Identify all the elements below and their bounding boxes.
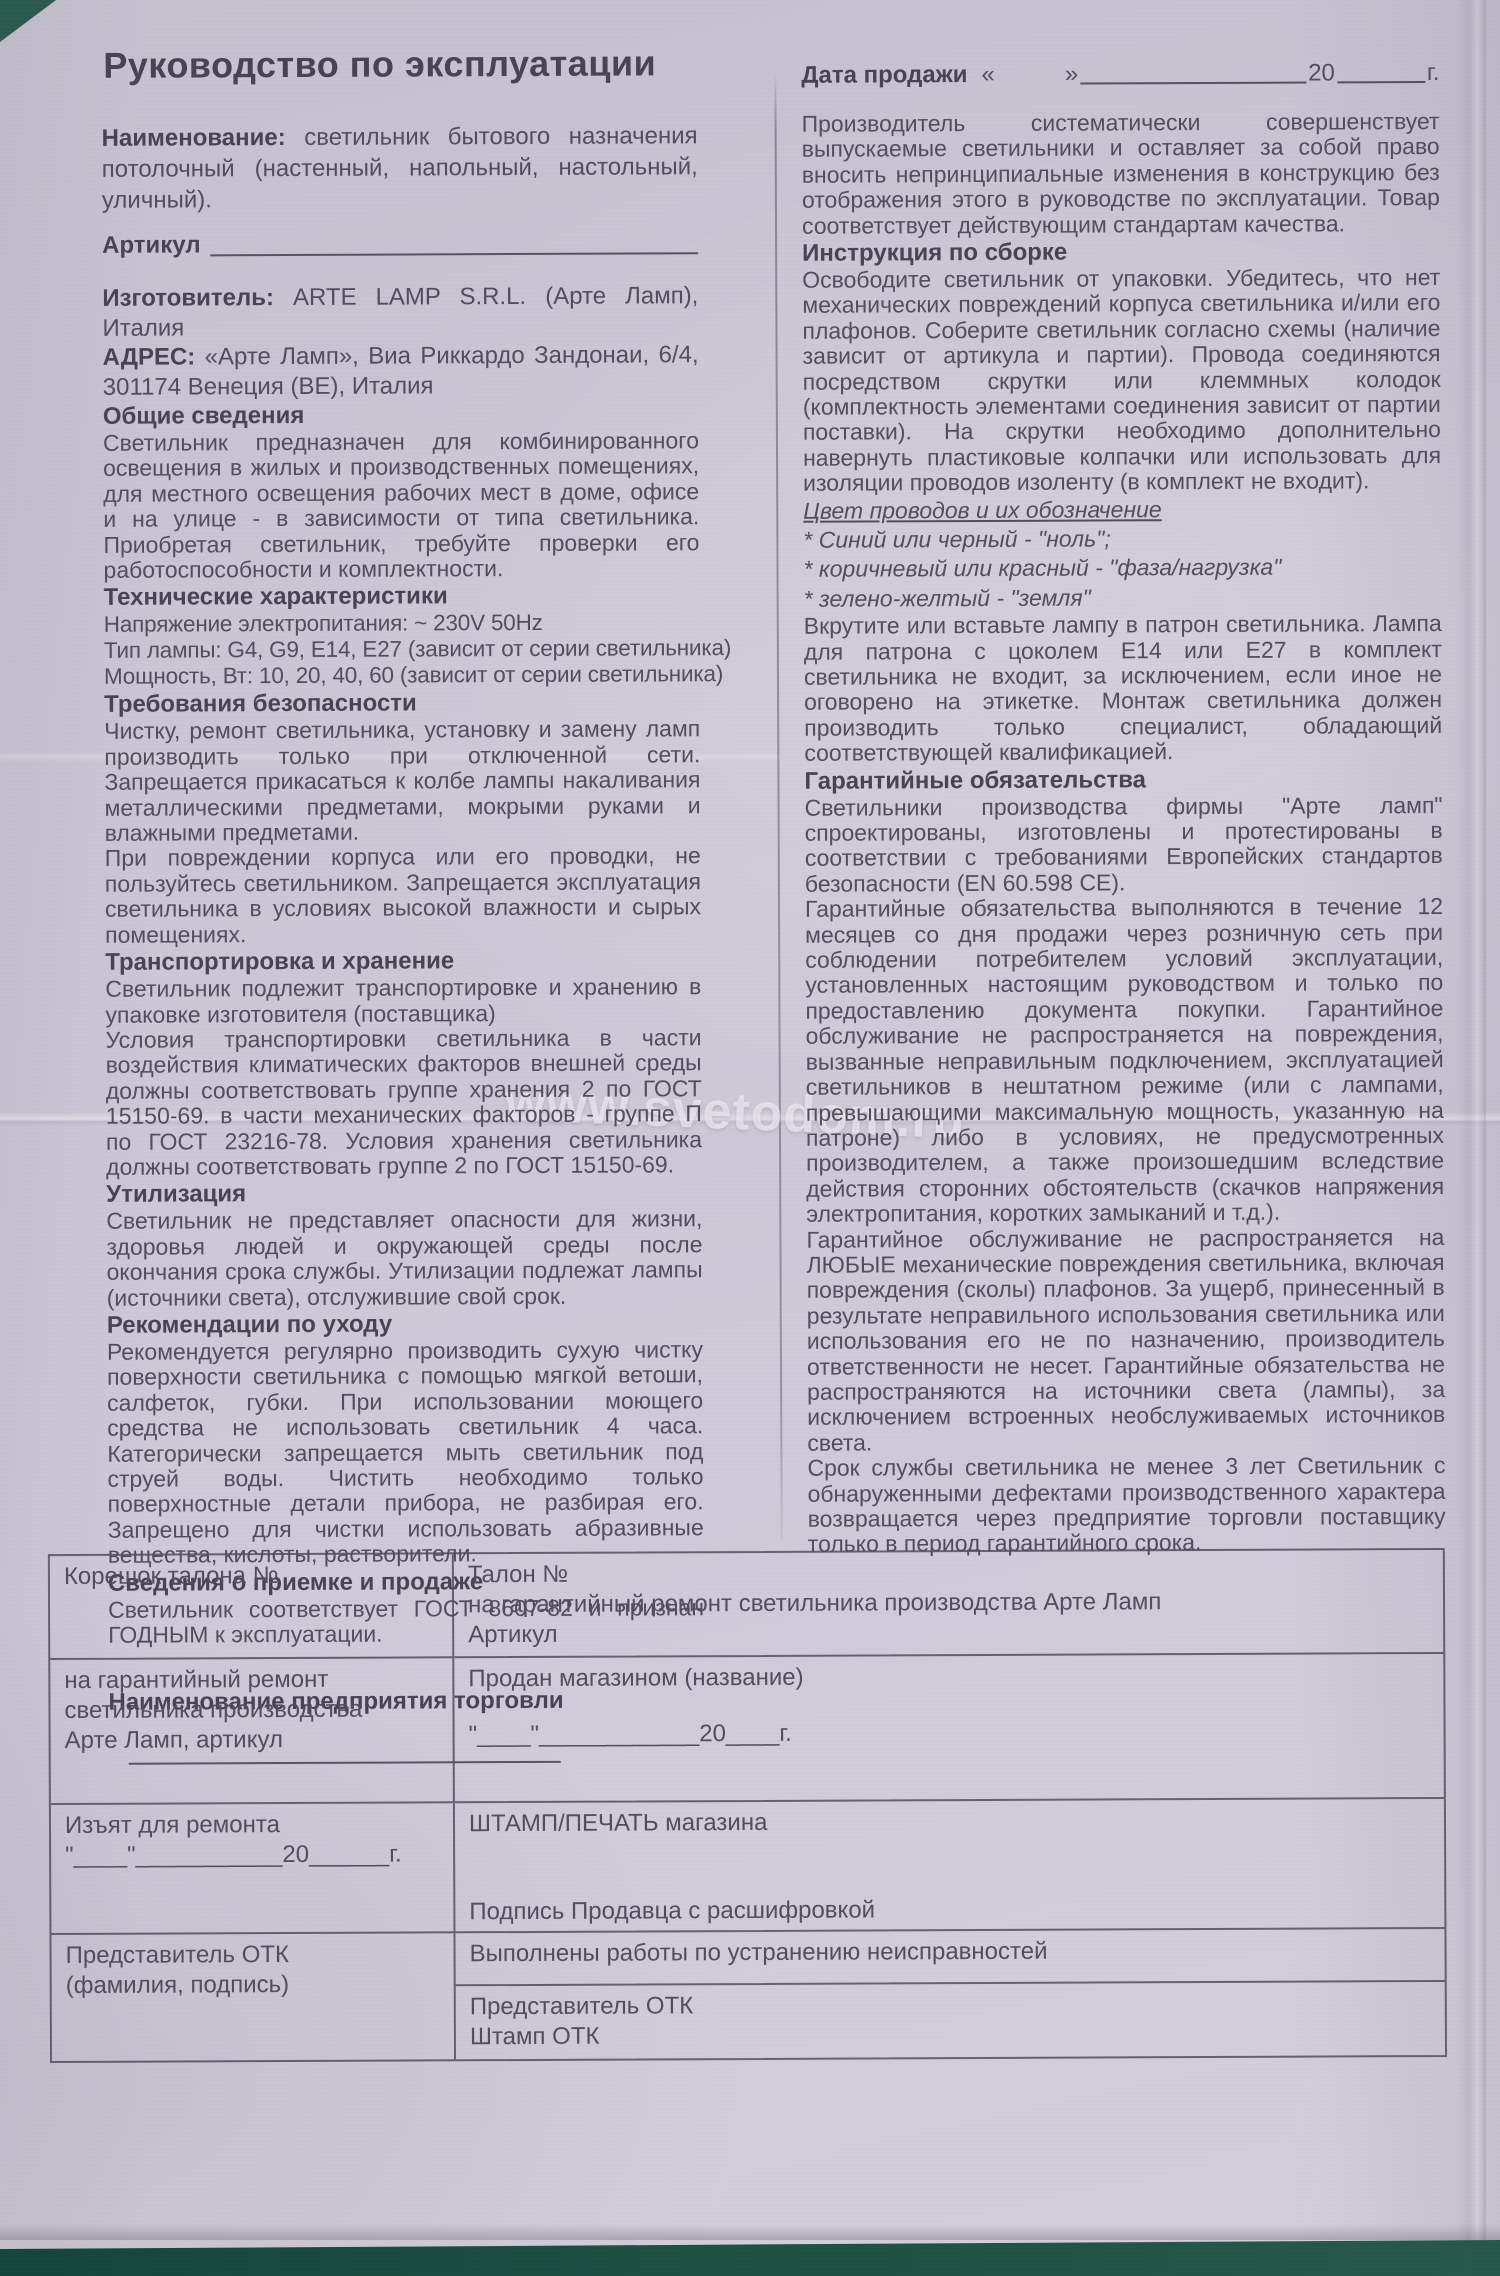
section-heading-recycling: Утилизация: [106, 1178, 702, 1210]
manual-page: www.svetodom.ru Руководство по эксплуата…: [0, 0, 1500, 2276]
paragraph: При повреждении корпуса или его проводки…: [105, 844, 701, 948]
year-suffix: г.: [1427, 59, 1440, 87]
wire-color-ground: * зелено-желтый - "земля": [804, 582, 1442, 614]
article-line: Артикул: [102, 229, 698, 260]
lamp-installation: Вкрутите или вставьте лампу в патрон све…: [804, 611, 1443, 766]
quote-open: «: [981, 61, 994, 89]
otk-rep-label: Представитель ОТК: [65, 1939, 441, 1971]
section-heading-care: Рекомендации по уходу: [107, 1308, 703, 1340]
warranty-paragraph: Гарантийное обслуживание не распространя…: [806, 1225, 1445, 1456]
coupon-talon-title-cell: Талон № на гарантийный ремонт светильник…: [454, 1550, 1445, 1658]
section-heading-warranty: Гарантийные обязательства: [804, 764, 1442, 796]
paragraph: Условия транспортировки светильника в ча…: [106, 1025, 703, 1180]
spec-voltage: Напряжение электропитания: ~ 230V 50Hz: [104, 610, 700, 639]
seller-signature-label: Подпись Продавца с расшифровкой: [469, 1893, 1432, 1927]
year-prefix: 20: [1308, 59, 1335, 87]
section-heading-safety: Требования безопасности: [104, 688, 700, 720]
address-label: АДРЕС:: [103, 343, 196, 370]
paragraph: Светильник подлежит транспортировке и хр…: [105, 974, 701, 1027]
warranty-paragraph: Гарантийные обязательства выполняются в …: [805, 894, 1444, 1227]
spec-power: Мощность, Вт: 10, 20, 40, 60 (зависит от…: [104, 662, 700, 691]
product-name-line: Наименование: светильник бытового назнач…: [102, 120, 698, 216]
sold-date-blank: "____"____________20____г.: [469, 1716, 1432, 1750]
warranty-coupon-table: Корешок талона № Талон № на гарантийный …: [48, 1548, 1447, 2063]
coupon-works-done-cell: Выполнены работы по устранению неисправн…: [455, 1929, 1446, 1986]
coupon-stamp-cell: ШТАМП/ПЕЧАТЬ магазина Подпись Продавца с…: [455, 1799, 1447, 1933]
left-column: Руководство по эксплуатации Наименование…: [101, 42, 705, 1765]
coupon-stub-body-cell: на гарантийный ремонт светильника произв…: [50, 1658, 455, 1805]
paragraph: Чистку, ремонт светильника, установку и …: [104, 717, 701, 847]
sold-by-label: Продан магазином (название): [468, 1660, 1431, 1694]
paragraph: Светильник не представляет опасности для…: [106, 1207, 702, 1311]
otk-stamp-label: Штамп ОТК: [470, 2018, 1433, 2052]
page-title: Руководство по эксплуатации: [103, 42, 697, 87]
section-heading-general: Общие сведения: [103, 399, 699, 431]
article-label: Артикул: [102, 231, 201, 259]
address-line: АДРЕС: «Арте Ламп», Виа Риккардо Зандона…: [103, 340, 699, 402]
spec-lamp-type: Тип лампы: G4, G9, Е14, Е27 (зависит от …: [104, 636, 700, 665]
coupon-otk-stamp-cell: Представитель ОТК Штамп ОТК: [456, 1982, 1447, 2061]
removed-label: Изъят для ремонта: [65, 1809, 441, 1841]
coupon-removed-cell: Изъят для ремонта "____"___________20___…: [51, 1803, 456, 1935]
works-done-label: Выполнены работы по устранению неисправн…: [469, 1935, 1432, 1969]
manufacturer-notice: Производитель систематически совершенств…: [802, 109, 1441, 239]
stub-line: на гарантийный ремонт: [64, 1664, 440, 1696]
date-year-blank: [1337, 81, 1425, 83]
section-heading-specs: Технические характеристики: [104, 581, 700, 613]
otk-rep-sub-label: (фамилия, подпись): [66, 1969, 442, 2001]
warranty-paragraph: Светильники производства фирмы "Арте лам…: [805, 793, 1443, 897]
stub-line: светильника производства: [64, 1694, 440, 1726]
wire-colors-heading: Цвет проводов и их обозначение: [803, 494, 1441, 526]
date-month-blank: [1080, 82, 1306, 85]
article-blank: [211, 252, 699, 256]
paragraph: Рекомендуется регулярно производить суху…: [107, 1337, 704, 1568]
coupon-otk-rep-cell: Представитель ОТК (фамилия, подпись): [51, 1933, 456, 2063]
paragraph: Светильник предназначен для комбинирован…: [103, 428, 700, 583]
manufacturer-label: Изготовитель:: [102, 284, 274, 312]
coupon-stub-title-cell: Корешок талона №: [50, 1554, 454, 1660]
sale-date-line: Дата продажи « » 20 г.: [801, 59, 1439, 90]
assembly-instructions: Освободите светильник от упаковки. Убеди…: [802, 265, 1441, 496]
talon-title: Талон №: [468, 1556, 1431, 1590]
paper-bottom-shadow: [0, 2224, 1500, 2240]
section-heading-transport: Транспортировка и хранение: [105, 945, 701, 977]
sale-date-label: Дата продажи: [801, 61, 967, 90]
otk-rep2-label: Представитель ОТК: [470, 1988, 1433, 2022]
shop-stamp-label: ШТАМП/ПЕЧАТЬ магазина: [469, 1805, 1432, 1839]
warranty-paragraph: Срок службы светильника не менее 3 лет С…: [807, 1453, 1445, 1557]
coupon-stub-title: Корешок талона №: [64, 1560, 440, 1592]
section-heading-assembly: Инструкция по сборке: [802, 236, 1440, 268]
document-photo: www.svetodom.ru Руководство по эксплуата…: [0, 0, 1500, 2276]
column-divider: [774, 72, 782, 1540]
product-name-label: Наименование:: [102, 124, 286, 152]
right-column: Дата продажи « » 20 г. Производитель сис…: [801, 59, 1446, 1558]
stub-line: Арте Ламп, артикул: [65, 1724, 441, 1756]
wire-color-neutral: * Синий или черный - "ноль";: [803, 523, 1441, 555]
manufacturer-line: Изготовитель: ARTE LAMP S.R.L. (Арте Лам…: [102, 281, 698, 343]
wire-color-phase: * коричневый или красный - "фаза/нагрузк…: [803, 552, 1441, 584]
coupon-sold-by-cell: Продан магазином (название) "____"______…: [454, 1654, 1446, 1803]
talon-article-label: Артикул: [468, 1616, 1431, 1650]
removed-date-blank: "____"___________20______г.: [65, 1839, 441, 1871]
talon-subtitle: на гарантийный ремонт светильника произв…: [468, 1586, 1431, 1620]
quote-close: »: [1065, 61, 1078, 89]
